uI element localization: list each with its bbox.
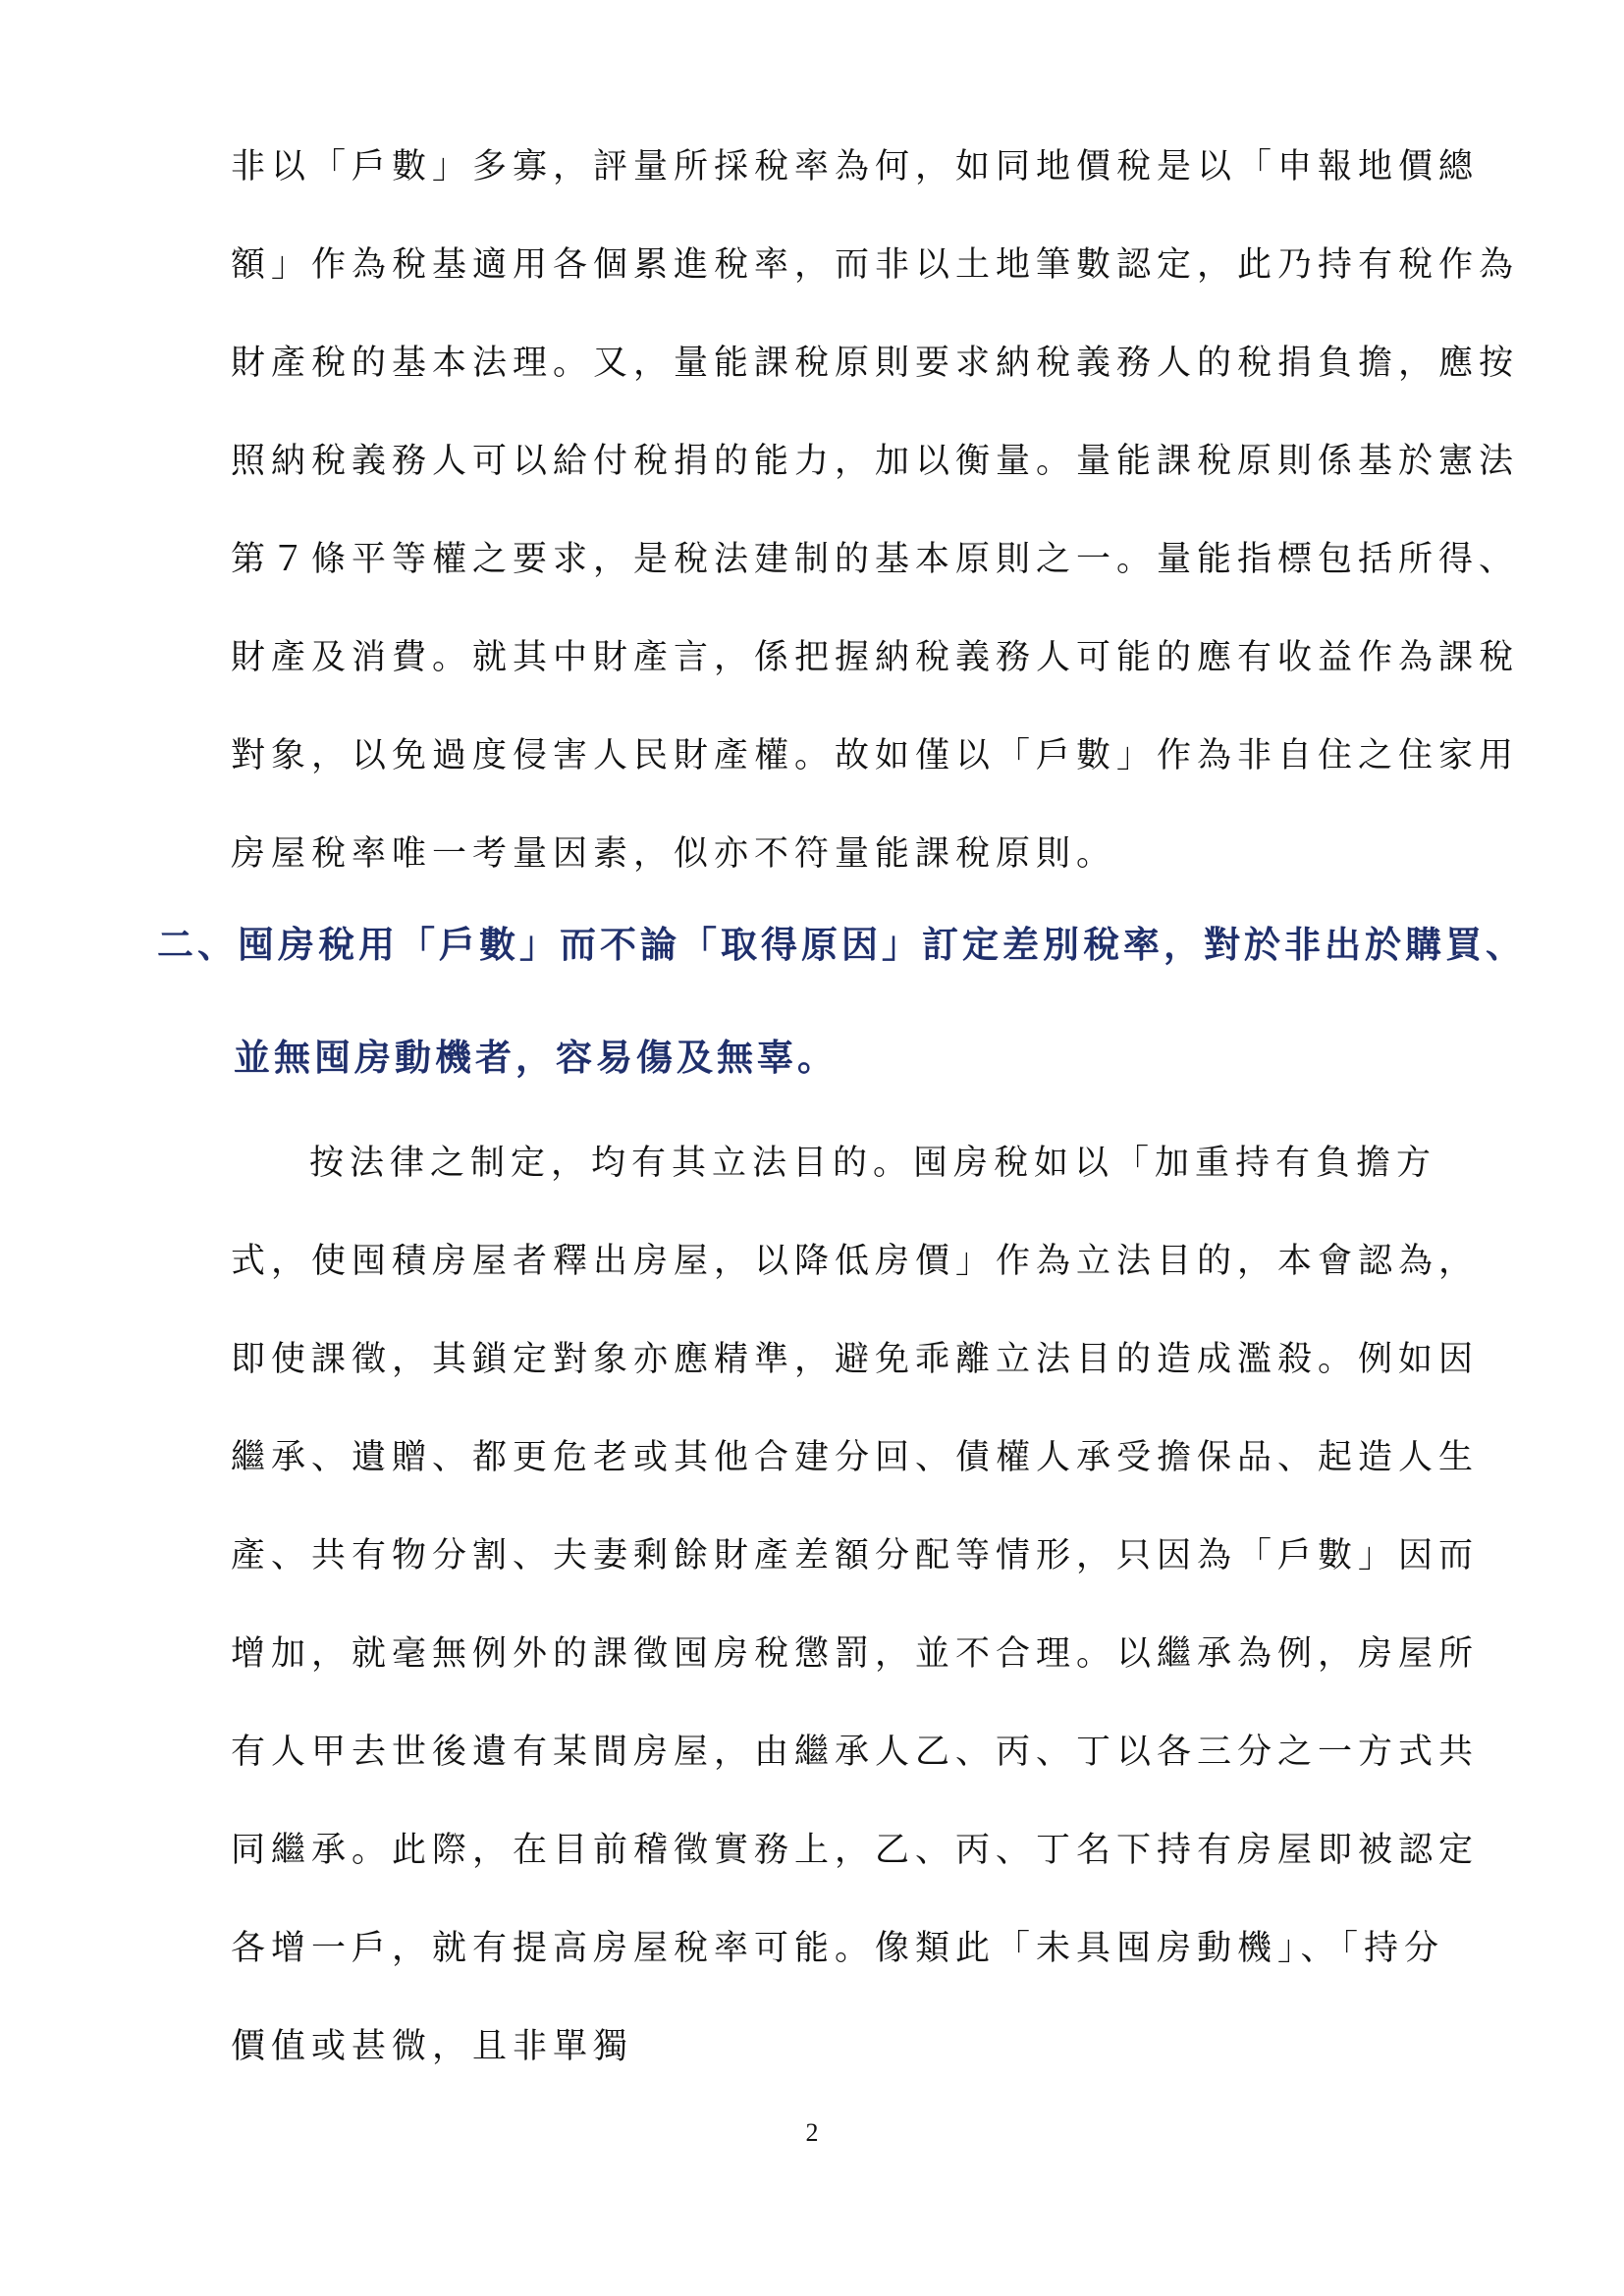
body-line: 照納稅義務人可以給付稅捐的能力，加以衡量。量能課稅原則係基於憲法 [231, 437, 1458, 486]
body-line: 房屋稅率唯一考量因素，似亦不符量能課稅原則。 [231, 829, 1458, 879]
body-line: 價值或甚微，且非單獨 [231, 2022, 1458, 2071]
body-line: 繼承、遺贈、都更危老或其他合建分回、債權人承受擔保品、起造人生 [231, 1433, 1458, 1482]
body-line: 財產稅的基本法理。又，量能課稅原則要求納稅義務人的稅捐負擔，應按 [231, 339, 1458, 388]
body-line: 第７條平等權之要求，是稅法建制的基本原則之一。量能指標包括所得、 [231, 535, 1458, 584]
body-line: 非以「戶數」多寡，評量所採稅率為何，如同地價稅是以「申報地價總 [231, 142, 1458, 191]
section-heading-line-1: 二、囤房稅用「戶數」而不論「取得原因」訂定差別稅率，對於非出於購買、 [157, 918, 1526, 973]
section-heading-line-2: 並無囤房動機者，容易傷及無辜。 [234, 1031, 838, 1086]
body-line: 對象，以免過度侵害人民財產權。故如僅以「戶數」作為非自住之住家用 [231, 731, 1458, 780]
body-line: 有人甲去世後遺有某間房屋，由繼承人乙、丙、丁以各三分之一方式共 [231, 1728, 1458, 1777]
body-line: 即使課徵，其鎖定對象亦應精準，避免乖離立法目的造成濫殺。例如因 [231, 1335, 1458, 1384]
body-line: 式，使囤積房屋者釋出房屋，以降低房價」作為立法目的，本會認為， [231, 1237, 1458, 1286]
body-line: 增加，就毫無例外的課徵囤房稅懲罰，並不合理。以繼承為例，房屋所 [231, 1629, 1458, 1679]
document-page: 非以「戶數」多寡，評量所採稅率為何，如同地價稅是以「申報地價總 額」作為稅基適用… [0, 0, 1624, 2296]
body-line: 各增一戶，就有提高房屋稅率可能。像類此「未具囤房動機」、「持分 [231, 1924, 1458, 1973]
page-number: 2 [0, 2118, 1624, 2148]
body-line: 額」作為稅基適用各個累進稅率，而非以土地筆數認定，此乃持有稅作為 [231, 240, 1458, 290]
body-line: 同繼承。此際，在目前稽徵實務上，乙、丙、丁名下持有房屋即被認定 [231, 1826, 1458, 1875]
body-line-indented: 按法律之制定，均有其立法目的。囤房稅如以「加重持有負擔方 [309, 1139, 1537, 1188]
body-line: 產、共有物分割、夫妻剩餘財產差額分配等情形，只因為「戶數」因而 [231, 1531, 1458, 1580]
body-line: 財產及消費。就其中財產言，係把握納稅義務人可能的應有收益作為課稅 [231, 633, 1458, 682]
